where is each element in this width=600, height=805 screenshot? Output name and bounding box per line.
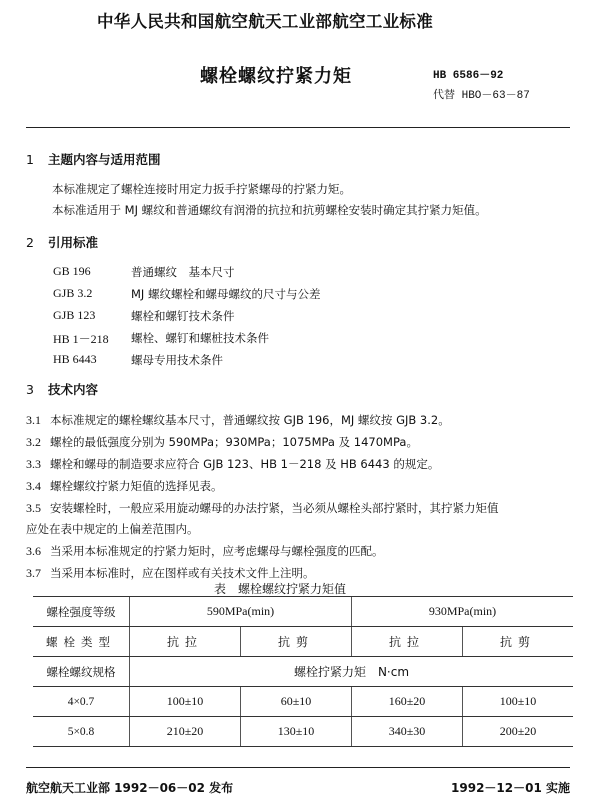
torque-value: 100±10 bbox=[463, 687, 574, 717]
standard-number: HB 6586－92 bbox=[433, 66, 503, 82]
row-label: 螺栓类型 bbox=[33, 627, 130, 657]
table-row: 4×0.7 100±10 60±10 160±20 100±10 bbox=[33, 687, 573, 717]
reference-code: GJB 123 bbox=[53, 308, 95, 323]
document-title: 螺栓螺纹拧紧力矩 bbox=[200, 62, 352, 88]
clause-3-6: 3.6当采用本标准规定的拧紧力矩时，应考虑螺母与螺栓强度的匹配。 bbox=[26, 543, 384, 559]
effective-date: 1992－12－01 实施 bbox=[451, 779, 570, 796]
reference-code: HB 6443 bbox=[53, 352, 97, 367]
torque-value: 340±30 bbox=[352, 717, 463, 747]
table-row-type: 螺栓类型 抗拉 抗剪 抗拉 抗剪 bbox=[33, 627, 573, 657]
clause-text: 螺栓和螺母的制造要求应符合 GJB 123、HB 1－218 及 HB 6443… bbox=[50, 457, 439, 471]
bolt-type: 抗拉 bbox=[130, 627, 241, 657]
strength-grade: 930MPa(min) bbox=[352, 597, 574, 627]
torque-value: 60±10 bbox=[241, 687, 352, 717]
issue-date: 航空航天工业部 1992－06－02 发布 bbox=[26, 779, 233, 796]
clause-number: 3.1 bbox=[26, 413, 50, 428]
torque-value: 130±10 bbox=[241, 717, 352, 747]
section-1-heading: 1主题内容与适用范围 bbox=[26, 150, 161, 168]
table-row-spec-header: 螺栓螺纹规格 螺栓拧紧力矩 N·cm bbox=[33, 657, 573, 687]
reference-code: HB 1－218 bbox=[53, 330, 109, 347]
clause-number: 3.7 bbox=[26, 566, 50, 581]
section-number: 2 bbox=[26, 235, 48, 250]
footer-divider bbox=[26, 767, 570, 768]
section-2-heading: 2引用标准 bbox=[26, 233, 98, 251]
clause-3-1: 3.1本标准规定的螺栓螺纹基本尺寸，普通螺纹按 GJB 196，MJ 螺纹按 G… bbox=[26, 412, 450, 428]
strength-grade: 590MPa(min) bbox=[130, 597, 352, 627]
clause-3-5-continuation: 应处在表中规定的上偏差范围内。 bbox=[26, 521, 199, 537]
torque-table: 螺栓强度等级 590MPa(min) 930MPa(min) 螺栓类型 抗拉 抗… bbox=[33, 596, 573, 747]
clause-3-7: 3.7当采用本标准时，应在图样或有关技术文件上注明。 bbox=[26, 565, 315, 581]
section-3-heading: 3技术内容 bbox=[26, 380, 98, 398]
bolt-type: 抗剪 bbox=[241, 627, 352, 657]
torque-value: 100±10 bbox=[130, 687, 241, 717]
thread-spec: 5×0.8 bbox=[33, 717, 130, 747]
reference-title: MJ 螺纹螺栓和螺母螺纹的尺寸与公差 bbox=[131, 286, 320, 302]
paragraph: 本标准适用于 MJ 螺纹和普通螺纹有润滑的抗拉和抗剪螺栓安装时确定其拧紧力矩值。 bbox=[52, 202, 487, 218]
reference-title: 螺栓和螺钉技术条件 bbox=[131, 308, 235, 324]
clause-3-2: 3.2螺栓的最低强度分别为 590MPa；930MPa；1075MPa 及 14… bbox=[26, 434, 418, 450]
torque-value: 200±20 bbox=[463, 717, 574, 747]
issuing-organization: 中华人民共和国航空航天工业部航空工业标准 bbox=[97, 8, 433, 32]
table-caption: 表 螺栓螺纹拧紧力矩值 bbox=[214, 580, 346, 597]
row-label: 螺栓螺纹规格 bbox=[33, 657, 130, 687]
clause-number: 3.2 bbox=[26, 435, 50, 450]
clause-text: 螺栓的最低强度分别为 590MPa；930MPa；1075MPa 及 1470M… bbox=[50, 435, 418, 449]
clause-3-3: 3.3螺栓和螺母的制造要求应符合 GJB 123、HB 1－218 及 HB 6… bbox=[26, 456, 439, 472]
clause-text: 当采用本标准时，应在图样或有关技术文件上注明。 bbox=[50, 566, 315, 580]
reference-code: GJB 3.2 bbox=[53, 286, 92, 301]
section-title: 技术内容 bbox=[48, 382, 98, 397]
table-row-strength: 螺栓强度等级 590MPa(min) 930MPa(min) bbox=[33, 597, 573, 627]
section-number: 1 bbox=[26, 152, 48, 167]
clause-text: 安装螺栓时，一般应采用旋动螺母的办法拧紧，当必须从螺栓头部拧紧时，其拧紧力矩值 bbox=[50, 501, 499, 515]
reference-title: 普通螺纹 基本尺寸 bbox=[131, 264, 235, 280]
clause-number: 3.3 bbox=[26, 457, 50, 472]
section-number: 3 bbox=[26, 382, 48, 397]
paragraph: 本标准规定了螺栓连接时用定力扳手拧紧螺母的拧紧力矩。 bbox=[52, 181, 351, 197]
row-label: 螺栓强度等级 bbox=[33, 597, 130, 627]
clause-number: 3.6 bbox=[26, 544, 50, 559]
torque-value: 210±20 bbox=[130, 717, 241, 747]
unit-label: 螺栓拧紧力矩 N·cm bbox=[130, 657, 574, 687]
clause-number: 3.4 bbox=[26, 479, 50, 494]
clause-text: 本标准规定的螺栓螺纹基本尺寸，普通螺纹按 GJB 196，MJ 螺纹按 GJB … bbox=[50, 413, 450, 427]
thread-spec: 4×0.7 bbox=[33, 687, 130, 717]
reference-title: 螺母专用技术条件 bbox=[131, 352, 223, 368]
clause-number: 3.5 bbox=[26, 501, 50, 516]
section-title: 主题内容与适用范围 bbox=[48, 152, 161, 167]
header-divider bbox=[26, 127, 570, 128]
reference-code: GB 196 bbox=[53, 264, 91, 279]
clause-3-5: 3.5安装螺栓时，一般应采用旋动螺母的办法拧紧，当必须从螺栓头部拧紧时，其拧紧力… bbox=[26, 500, 499, 516]
clause-text: 当采用本标准规定的拧紧力矩时，应考虑螺母与螺栓强度的匹配。 bbox=[50, 544, 384, 558]
bolt-type: 抗拉 bbox=[352, 627, 463, 657]
section-title: 引用标准 bbox=[48, 235, 98, 250]
table-row: 5×0.8 210±20 130±10 340±30 200±20 bbox=[33, 717, 573, 747]
clause-3-4: 3.4螺栓螺纹拧紧力矩值的选择见表。 bbox=[26, 478, 223, 494]
replaces-standard: 代替 HBO－63－87 bbox=[433, 86, 530, 102]
torque-value: 160±20 bbox=[352, 687, 463, 717]
clause-text: 螺栓螺纹拧紧力矩值的选择见表。 bbox=[50, 479, 223, 493]
bolt-type: 抗剪 bbox=[463, 627, 574, 657]
reference-title: 螺栓、螺钉和螺桩技术条件 bbox=[131, 330, 269, 346]
